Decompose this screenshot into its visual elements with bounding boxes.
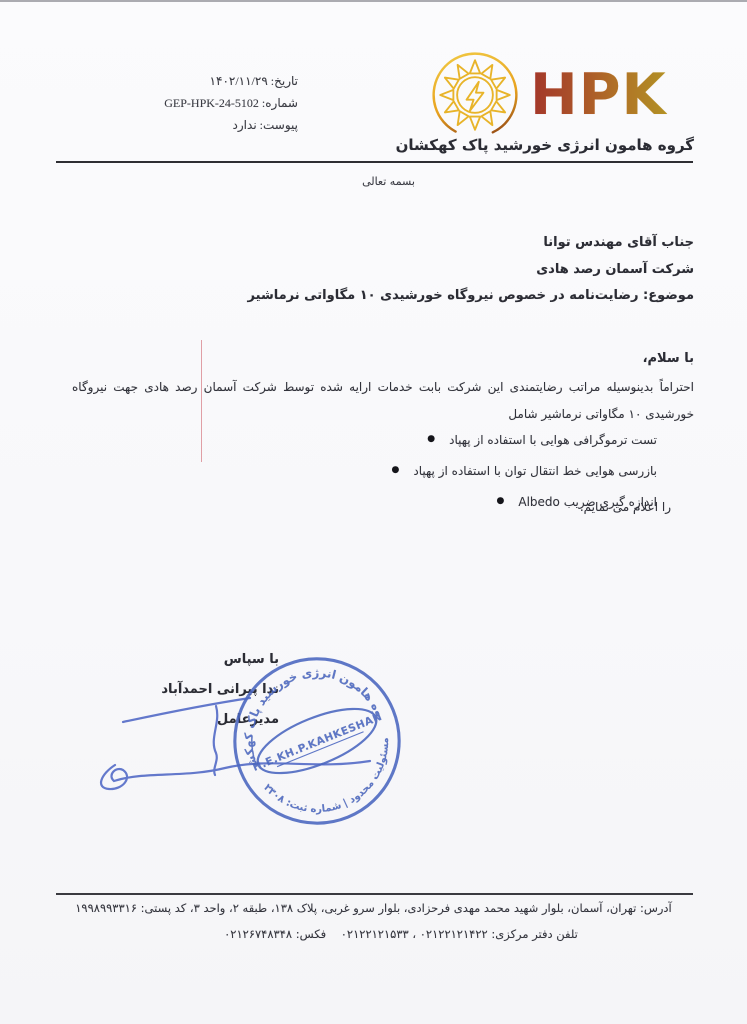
recipient-block: جناب آقای مهندس توانا شرکت آسمان رصد هاد…	[248, 230, 694, 310]
body-paragraph: احتراماً بدینوسیله مراتب رضایتمندی این ش…	[72, 374, 694, 428]
footer-phone: تلفن دفتر مرکزی: ۰۲۱۲۲۱۲۱۴۲۲ ، ۰۲۱۲۲۱۲۱۵…	[0, 927, 747, 941]
logo-text: HPK	[530, 48, 667, 142]
footer-divider	[56, 893, 693, 895]
letter-meta-block: تاریخ: ۱۴۰۲/۱۱/۲۹ شماره: GEP-HPK-24-5102…	[164, 70, 298, 136]
letter-subject: موضوع: رضایت‌نامه در خصوص نیروگاه خورشید…	[248, 283, 694, 310]
letter-date: تاریخ: ۱۴۰۲/۱۱/۲۹	[164, 70, 298, 92]
company-name: گروه هامون انرژی خورشید پاک کهکشان	[396, 136, 694, 154]
list-item-text: تست ترموگرافی هوایی با استفاده از پهپاد	[449, 433, 657, 447]
letter-number: شماره: GEP-HPK-24-5102	[164, 92, 298, 114]
salutation: با سلام،	[643, 351, 694, 366]
list-item-text: بازرسی هوایی خط انتقال توان با استفاده ا…	[413, 464, 657, 478]
company-logo: HPK	[428, 48, 667, 142]
header-divider	[56, 161, 693, 163]
sun-lightning-icon	[428, 48, 522, 142]
closing-line: را اعلام می نمایم.	[580, 500, 671, 514]
bismillah-text: بسمه تعالی	[0, 175, 747, 188]
scan-artifact-red-line	[201, 340, 202, 462]
list-item: ● تست ترموگرافی هوایی با استفاده از پهپا…	[392, 424, 657, 455]
bullet-dot-icon: ●	[497, 486, 505, 517]
bullet-dot-icon: ●	[427, 424, 435, 455]
scan-artifact-top-edge	[0, 0, 747, 2]
recipient-company: شرکت آسمان رصد هادی	[248, 257, 694, 284]
list-item: ● بازرسی هوایی خط انتقال توان با استفاده…	[392, 455, 657, 486]
recipient-name: جناب آقای مهندس توانا	[248, 230, 694, 257]
scanned-letter-page: تاریخ: ۱۴۰۲/۱۱/۲۹ شماره: GEP-HPK-24-5102…	[0, 0, 747, 1024]
letter-attachment: پیوست: ندارد	[164, 114, 298, 136]
bullet-dot-icon: ●	[392, 455, 400, 486]
footer-address: آدرس: تهران، آسمان، بلوار شهید محمد مهدی…	[28, 901, 719, 915]
